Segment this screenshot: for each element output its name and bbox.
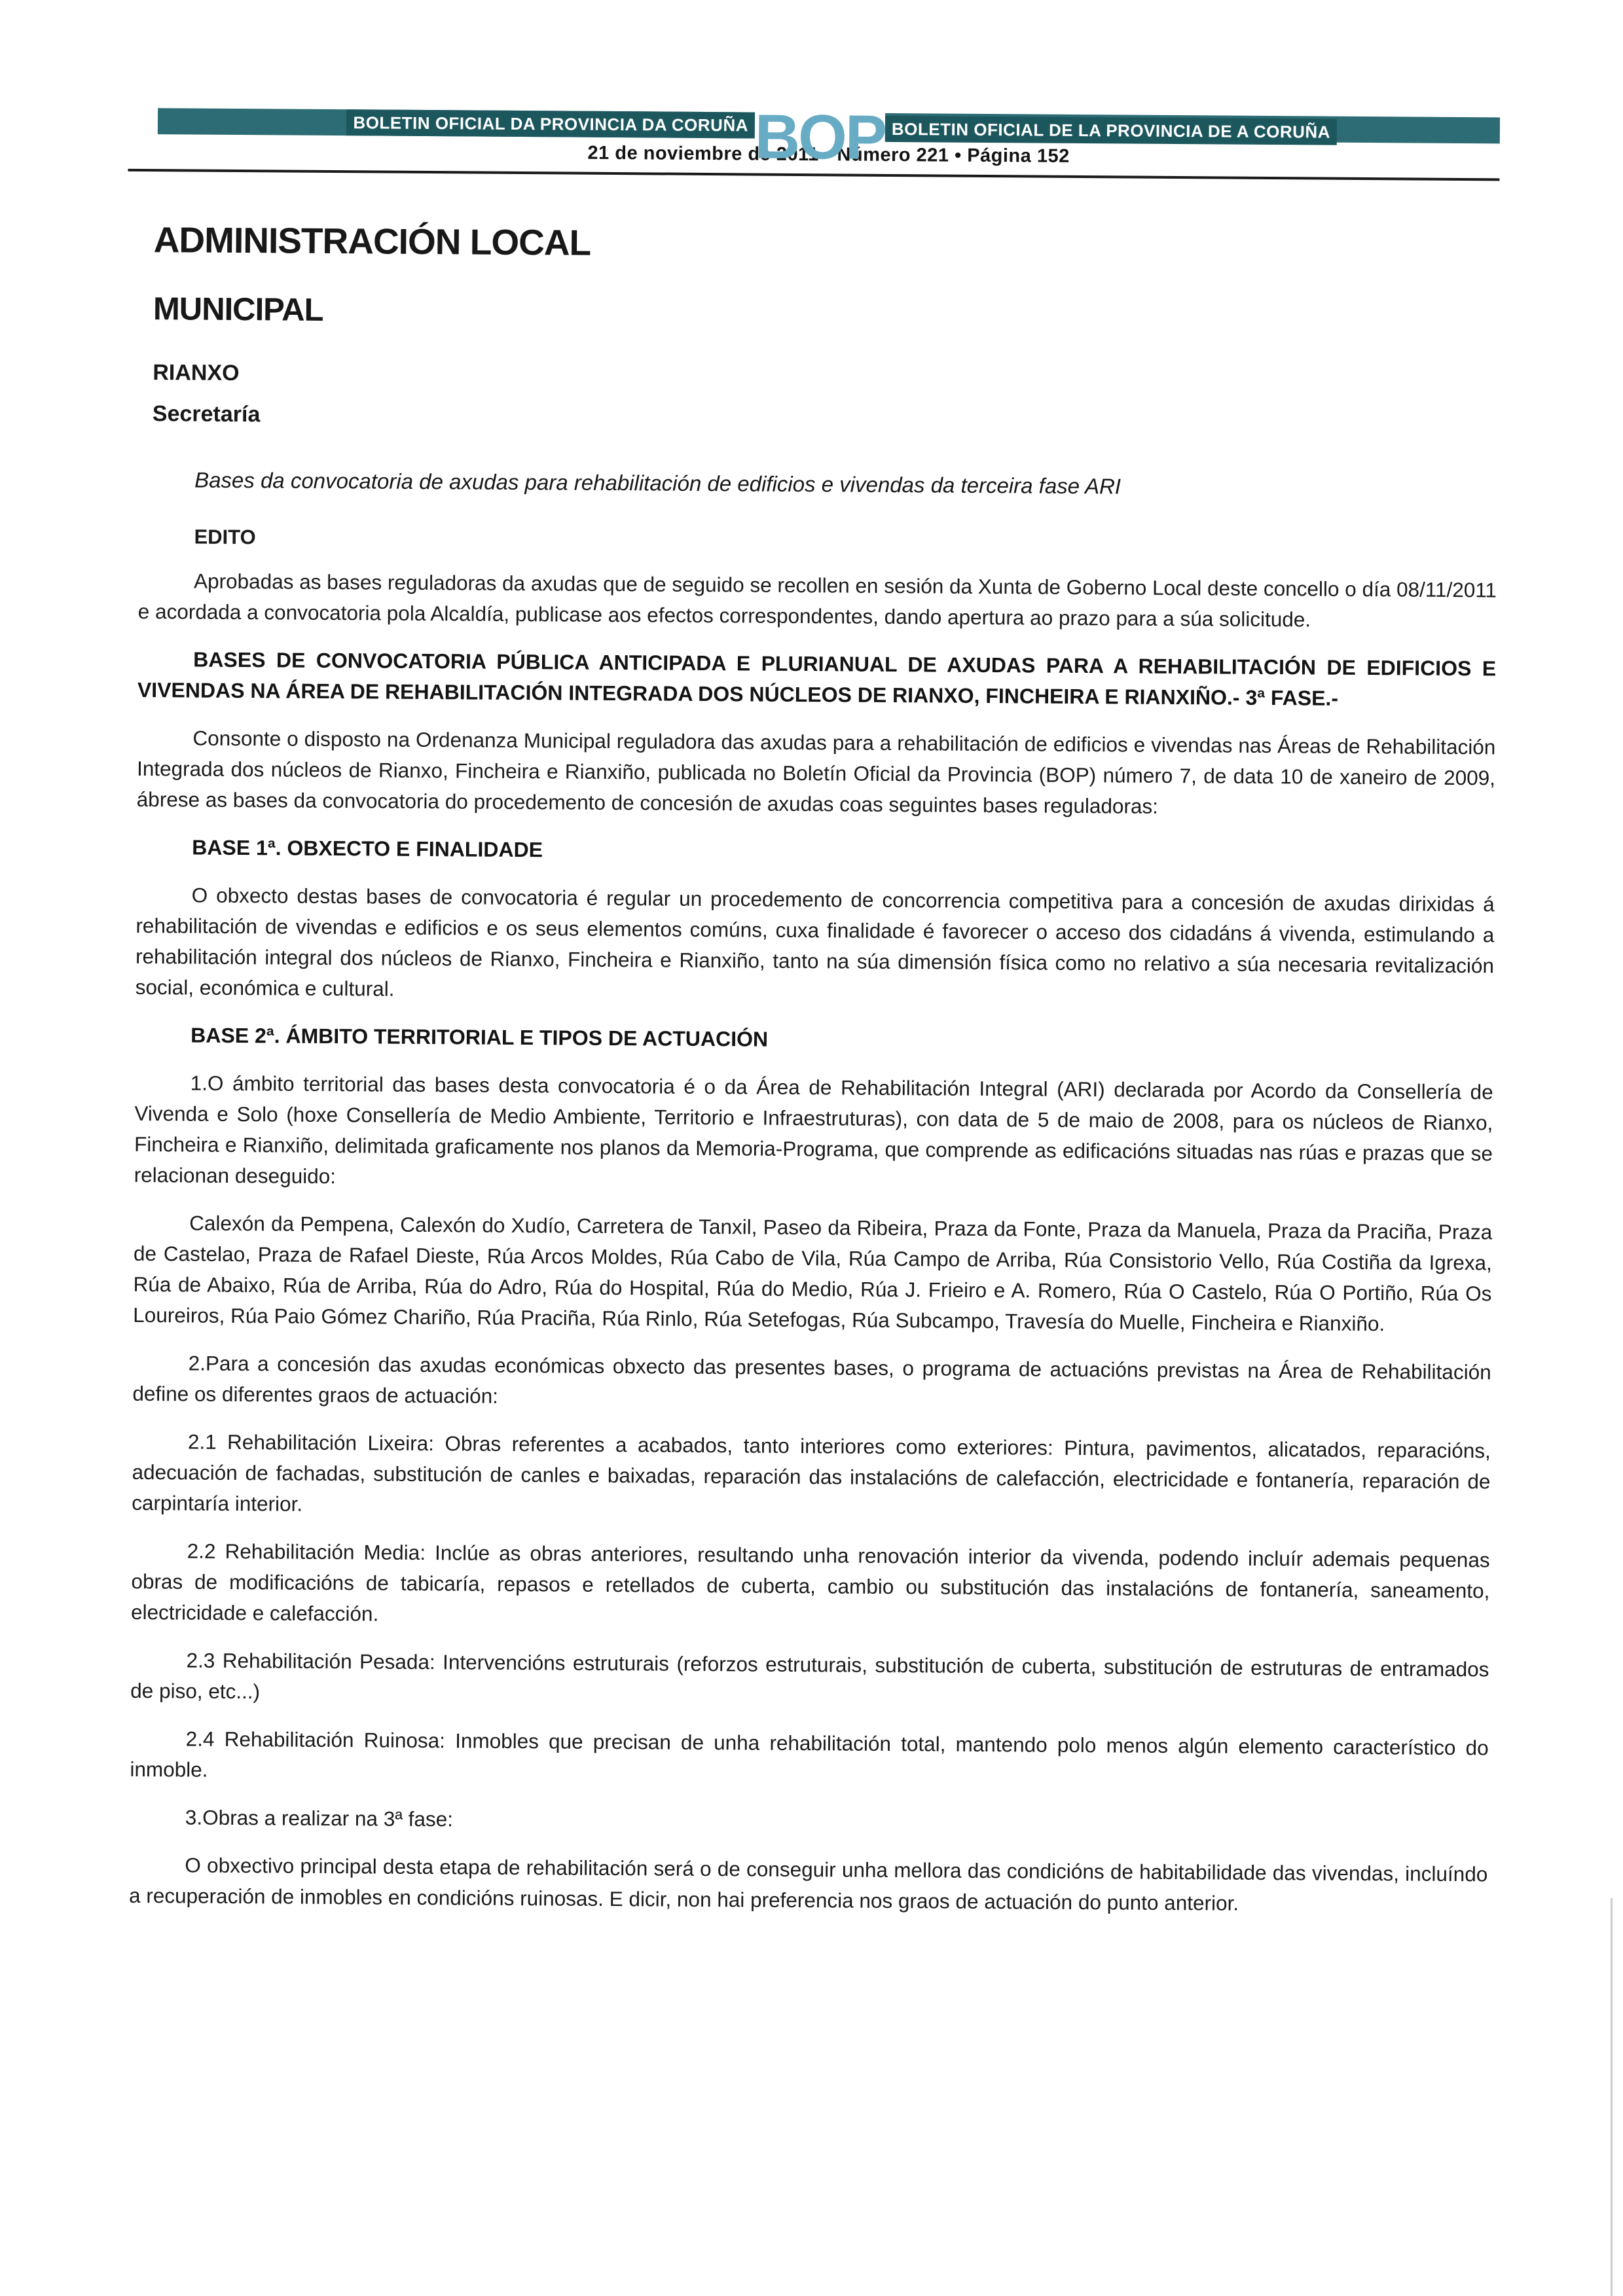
department-title: Secretaría [153, 401, 1498, 436]
edict-label: EDITO [194, 526, 1497, 558]
subsection-title: MUNICIPAL [153, 291, 1499, 336]
bulletin-header: BOLETIN OFICIAL DA PROVINCIA DA CORUÑA B… [0, 107, 1623, 181]
paragraph-rehabilitacion-media: 2.2 Rehabilitación Media: Inclúe as obra… [131, 1535, 1490, 1637]
bulletin-banner: BOLETIN OFICIAL DA PROVINCIA DA CORUÑA B… [158, 108, 1500, 143]
section-title: ADMINISTRACIÓN LOCAL [153, 219, 1499, 270]
banner-left-segment: BOLETIN OFICIAL DA PROVINCIA DA CORUÑA [158, 108, 755, 138]
paragraph-edict-intro: Aprobadas as bases reguladoras da axudas… [138, 565, 1497, 636]
paragraph-obxectivo-principal: O obxectivo principal desta etapa de reh… [129, 1850, 1488, 1920]
document-page: BOLETIN OFICIAL DA PROVINCIA DA CORUÑA B… [0, 0, 1623, 2296]
municipality-title: RIANXO [153, 360, 1498, 395]
doc-subject-title: Bases da convocatoria de axudas para reh… [194, 468, 1497, 502]
paragraph-rehabilitacion-ruinosa: 2.4 Rehabilitación Ruinosa: Inmobles que… [130, 1723, 1489, 1794]
paragraph-obras-3-fase: 3.Obras a realizar na 3ª fase: [130, 1802, 1488, 1842]
banner-right-title: BOLETIN OFICIAL DE LA PROVINCIA DE A COR… [885, 116, 1337, 145]
paragraph-ambito-territorial: 1.O ámbito territorial das bases desta c… [134, 1067, 1493, 1200]
paragraph-base1-obxecto: O obxecto destas bases de convocatoria é… [136, 880, 1495, 1012]
heading-bases-convocatoria: BASES DE CONVOCATORIA PÚBLICA ANTICIPADA… [137, 644, 1497, 715]
bop-logo-box: BOP [755, 113, 885, 139]
paragraph-street-list: Calexón da Pempena, Calexón do Xudío, Ca… [133, 1208, 1492, 1340]
heading-base-1: BASE 1ª. OBXECTO E FINALIDADE [136, 832, 1495, 872]
scan-artifact-line [1611, 1898, 1613, 2296]
paragraph-consonte: Consonte o disposto na Ordenanza Municip… [137, 723, 1496, 824]
banner-right-segment: BOLETIN OFICIAL DE LA PROVINCIA DE A COR… [885, 113, 1500, 144]
document-body: ADMINISTRACIÓN LOCAL MUNICIPAL RIANXO Se… [0, 217, 1623, 1921]
paragraph-graos-actuacion: 2.Para a concesión das axudas económicas… [132, 1348, 1491, 1418]
bop-logo: BOP [755, 124, 885, 151]
heading-base-2: BASE 2ª. ÁMBITO TERRITORIAL E TIPOS DE A… [135, 1020, 1493, 1060]
banner-left-title: BOLETIN OFICIAL DA PROVINCIA DA CORUÑA [346, 109, 755, 138]
paragraph-rehabilitacion-lixeira: 2.1 Rehabilitación Lixeira: Obras refere… [132, 1426, 1491, 1528]
paragraph-rehabilitacion-pesada: 2.3 Rehabilitación Pesada: Intervencións… [130, 1645, 1489, 1715]
